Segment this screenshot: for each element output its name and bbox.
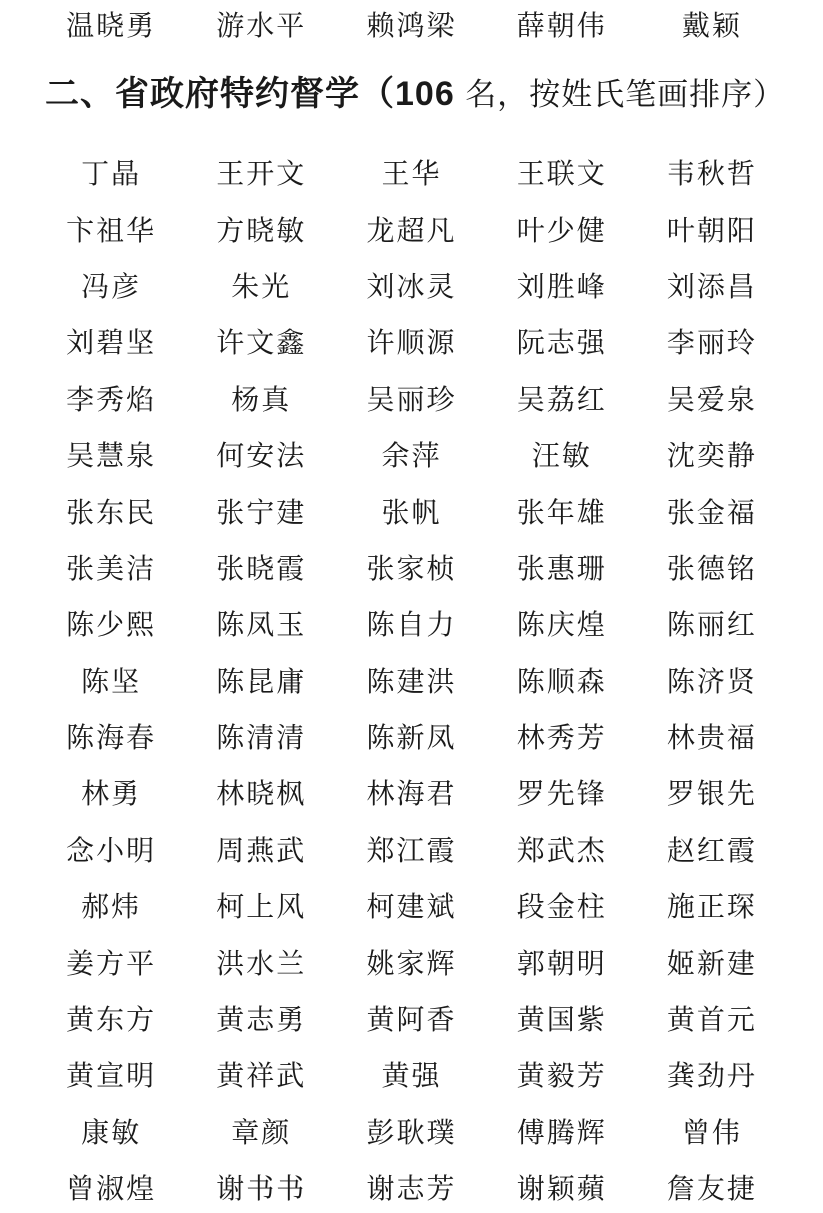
name-cell: 姜方平 [36, 933, 186, 989]
name-cell: 谢书书 [186, 1159, 336, 1213]
name-cell: 柯建斌 [336, 877, 486, 933]
name-cell: 张金福 [637, 482, 787, 538]
name-cell: 冯彦 [36, 257, 186, 313]
name-cell: 黄祥武 [186, 1046, 336, 1102]
name-cell: 周燕武 [186, 821, 336, 877]
name-cell: 曾淑煌 [36, 1159, 186, 1213]
document-page: 温晓勇游水平赖鸿梁薛朝伟戴颖 二、省政府特约督学（106 名，按姓氏笔画排序） … [0, 0, 823, 1213]
name-cell: 罗银先 [637, 764, 787, 820]
name-cell: 刘胜峰 [487, 257, 637, 313]
name-cell: 汪敏 [487, 426, 637, 482]
name-cell: 段金柱 [487, 877, 637, 933]
name-cell: 吴丽珍 [336, 370, 486, 426]
name-cell: 黄毅芳 [487, 1046, 637, 1102]
name-grid: 丁晶王开文王华王联文韦秋哲卞祖华方晓敏龙超凡叶少健叶朝阳冯彦朱光刘冰灵刘胜峰刘添… [0, 144, 823, 1213]
name-cell: 陈丽红 [637, 595, 787, 651]
name-cell: 郑江霞 [336, 821, 486, 877]
name-cell: 赵红霞 [637, 821, 787, 877]
name-cell: 张惠珊 [487, 539, 637, 595]
name-cell: 林秀芳 [487, 708, 637, 764]
name-cell: 龚劲丹 [637, 1046, 787, 1102]
name-cell: 张东民 [36, 482, 186, 538]
name-cell: 戴颖 [637, 3, 787, 45]
name-cell: 吴爱泉 [637, 370, 787, 426]
name-cell: 曾伟 [637, 1103, 787, 1159]
name-cell: 陈海春 [36, 708, 186, 764]
name-cell: 姚家辉 [336, 933, 486, 989]
name-cell: 黄东方 [36, 990, 186, 1046]
name-cell: 李丽玲 [637, 313, 787, 369]
name-cell: 郭朝明 [487, 933, 637, 989]
name-cell: 郑武杰 [487, 821, 637, 877]
name-cell: 黄强 [336, 1046, 486, 1102]
name-cell: 薛朝伟 [487, 3, 637, 45]
name-cell: 杨真 [186, 370, 336, 426]
name-cell: 林海君 [336, 764, 486, 820]
name-cell: 韦秋哲 [637, 144, 787, 200]
name-cell: 张美洁 [36, 539, 186, 595]
name-cell: 王联文 [487, 144, 637, 200]
name-cell: 陈建洪 [336, 652, 486, 708]
name-cell: 谢志芳 [336, 1159, 486, 1213]
section-heading: 二、省政府特约督学（106 名，按姓氏笔画排序） [0, 69, 823, 126]
name-cell: 刘添昌 [637, 257, 787, 313]
name-cell: 方晓敏 [186, 200, 336, 256]
name-cell: 黄阿香 [336, 990, 486, 1046]
name-cell: 谢颖蘋 [487, 1159, 637, 1213]
name-cell: 陈济贤 [637, 652, 787, 708]
name-cell: 龙超凡 [336, 200, 486, 256]
name-cell: 朱光 [186, 257, 336, 313]
name-cell: 张帆 [336, 482, 486, 538]
name-cell: 陈坚 [36, 652, 186, 708]
name-cell: 何安法 [186, 426, 336, 482]
name-cell: 郝炜 [36, 877, 186, 933]
name-cell: 余萍 [336, 426, 486, 482]
name-cell: 阮志强 [487, 313, 637, 369]
name-cell: 陈清清 [186, 708, 336, 764]
name-cell: 吴荔红 [487, 370, 637, 426]
name-cell: 柯上风 [186, 877, 336, 933]
name-cell: 陈少熙 [36, 595, 186, 651]
name-cell: 卞祖华 [36, 200, 186, 256]
name-cell: 叶朝阳 [637, 200, 787, 256]
continuation-row: 温晓勇游水平赖鸿梁薛朝伟戴颖 [0, 0, 823, 45]
name-cell: 李秀焰 [36, 370, 186, 426]
name-cell: 丁晶 [36, 144, 186, 200]
name-cell: 彭耿璞 [336, 1103, 486, 1159]
name-cell: 章颜 [186, 1103, 336, 1159]
name-cell: 王开文 [186, 144, 336, 200]
name-cell: 吴慧泉 [36, 426, 186, 482]
name-cell: 洪水兰 [186, 933, 336, 989]
name-cell: 念小明 [36, 821, 186, 877]
name-cell: 黄宣明 [36, 1046, 186, 1102]
name-cell: 陈自力 [336, 595, 486, 651]
name-cell: 陈庆煌 [487, 595, 637, 651]
name-cell: 赖鸿梁 [336, 3, 486, 45]
name-cell: 张德铭 [637, 539, 787, 595]
name-cell: 陈顺森 [487, 652, 637, 708]
name-cell: 林晓枫 [186, 764, 336, 820]
name-cell: 温晓勇 [36, 3, 186, 45]
name-cell: 游水平 [186, 3, 336, 45]
name-cell: 康敏 [36, 1103, 186, 1159]
name-cell: 施正琛 [637, 877, 787, 933]
name-cell: 许文鑫 [186, 313, 336, 369]
name-cell: 张晓霞 [186, 539, 336, 595]
name-cell: 张年雄 [487, 482, 637, 538]
section-heading-title: 二、省政府特约督学（106 [45, 75, 465, 113]
name-cell: 沈奕静 [637, 426, 787, 482]
name-cell: 傅腾辉 [487, 1103, 637, 1159]
name-cell: 刘冰灵 [336, 257, 486, 313]
name-cell: 林勇 [36, 764, 186, 820]
name-cell: 罗先锋 [487, 764, 637, 820]
name-cell: 叶少健 [487, 200, 637, 256]
name-cell: 詹友捷 [637, 1159, 787, 1213]
name-cell: 王华 [336, 144, 486, 200]
name-cell: 陈新凤 [336, 708, 486, 764]
name-cell: 张家桢 [336, 539, 486, 595]
name-cell: 陈昆庸 [186, 652, 336, 708]
section-heading-note: 名，按姓氏笔画排序） [465, 77, 785, 112]
name-cell: 张宁建 [186, 482, 336, 538]
name-cell: 陈凤玉 [186, 595, 336, 651]
name-cell: 黄志勇 [186, 990, 336, 1046]
name-cell: 刘碧坚 [36, 313, 186, 369]
name-cell: 黄国紫 [487, 990, 637, 1046]
name-cell: 林贵福 [637, 708, 787, 764]
name-cell: 许顺源 [336, 313, 486, 369]
name-cell: 黄首元 [637, 990, 787, 1046]
name-cell: 姬新建 [637, 933, 787, 989]
